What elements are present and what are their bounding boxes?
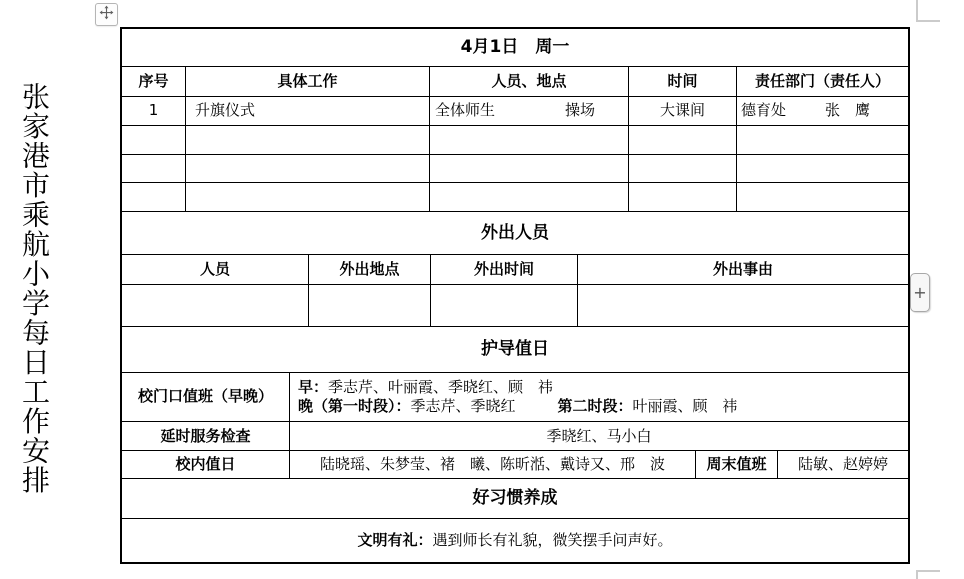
main-header-row: 序号 具体工作 人员、地点 时间 责任部门（责任人） bbox=[122, 66, 908, 96]
habit-content-row: 文明有礼：遇到师长有礼貌，微笑摆手问声好。 bbox=[122, 518, 908, 562]
table-row-empty bbox=[122, 154, 908, 183]
cell-dept-person[interactable]: 德育处 张 鹰 bbox=[736, 97, 908, 125]
gate-evening-names: 季志芹、季晓红 bbox=[411, 397, 516, 415]
cell-no-empty[interactable] bbox=[122, 126, 185, 154]
cell-people-empty[interactable] bbox=[429, 155, 628, 183]
date-title-row: 4月1日 周一 bbox=[122, 29, 908, 66]
cell-dept: 德育处 bbox=[741, 101, 786, 120]
daily-schedule-table: 4月1日 周一 序号 具体工作 人员、地点 时间 责任部门（责任人） 1 升旗仪… bbox=[120, 27, 910, 564]
outing-col-person: 人员 bbox=[122, 255, 308, 284]
col-header-work: 具体工作 bbox=[185, 67, 429, 96]
gate-evening-label: 晚（第一时段）： bbox=[298, 397, 411, 415]
table-row-empty bbox=[122, 125, 908, 154]
document-side-title: 张家港市乘航小学每日工作安排 bbox=[14, 82, 54, 495]
delay-service-row: 延时服务检查 季晓红、马小白 bbox=[122, 421, 908, 451]
gate-second-period-label: 第二时段： bbox=[558, 397, 633, 415]
col-header-dept: 责任部门（责任人） bbox=[736, 67, 908, 96]
outing-col-time: 外出时间 bbox=[430, 255, 577, 284]
outing-section-row: 外出人员 bbox=[122, 211, 908, 254]
delay-service-value[interactable]: 季晓红、马小白 bbox=[289, 422, 908, 451]
col-header-no: 序号 bbox=[122, 67, 185, 96]
cell-people-empty[interactable] bbox=[429, 126, 628, 154]
cell-time-empty[interactable] bbox=[628, 126, 736, 154]
duty-section-row: 护导值日 bbox=[122, 326, 908, 372]
cell-time[interactable]: 大课间 bbox=[628, 97, 736, 125]
outing-cell-reason-empty[interactable] bbox=[577, 285, 908, 326]
cell-no-empty[interactable] bbox=[122, 155, 185, 183]
gate-second-period-names: 叶丽霞、顾 祎 bbox=[633, 397, 738, 415]
cell-people-empty[interactable] bbox=[429, 183, 628, 211]
table-row: 1 升旗仪式 全体师生 操场 大课间 德育处 张 鹰 bbox=[122, 96, 908, 125]
insert-row-plus-button[interactable]: + bbox=[910, 273, 930, 312]
outing-col-place: 外出地点 bbox=[308, 255, 430, 284]
gate-duty-morning-line: 早：季志芹、叶丽霞、季晓红、顾 祎 bbox=[298, 378, 553, 397]
cell-work[interactable]: 升旗仪式 bbox=[185, 97, 429, 125]
cell-person: 张 鹰 bbox=[825, 101, 870, 120]
cell-dept-empty[interactable] bbox=[736, 183, 908, 211]
table-move-handle[interactable] bbox=[95, 3, 118, 26]
outing-cell-person-empty[interactable] bbox=[122, 285, 308, 326]
document-page: 张家港市乘航小学每日工作安排 + 4月1日 周一 序号 具体工作 人员、地点 时… bbox=[0, 0, 964, 579]
date-title[interactable]: 4月1日 周一 bbox=[122, 29, 908, 66]
campus-duty-row: 校内值日 陆晓瑶、朱梦莹、褚 曦、陈昕湉、戴诗又、邢 波 周末值班 陆敏、赵婷婷 bbox=[122, 450, 908, 478]
weekend-duty-names[interactable]: 陆敏、赵婷婷 bbox=[777, 451, 908, 478]
outing-col-reason: 外出事由 bbox=[577, 255, 908, 284]
campus-duty-names[interactable]: 陆晓瑶、朱梦莹、褚 曦、陈昕湉、戴诗又、邢 波 bbox=[289, 451, 695, 478]
cell-dept-empty[interactable] bbox=[736, 126, 908, 154]
cell-work-empty[interactable] bbox=[185, 126, 429, 154]
gate-duty-label: 校门口值班（早晚） bbox=[122, 373, 289, 421]
outing-header-row: 人员 外出地点 外出时间 外出事由 bbox=[122, 254, 908, 284]
cell-no-empty[interactable] bbox=[122, 183, 185, 211]
cell-time-empty[interactable] bbox=[628, 155, 736, 183]
cell-people-place[interactable]: 全体师生 操场 bbox=[429, 97, 628, 125]
outing-row-empty bbox=[122, 284, 908, 326]
col-header-time: 时间 bbox=[628, 67, 736, 96]
outing-cell-place-empty[interactable] bbox=[308, 285, 430, 326]
cell-no[interactable]: 1 bbox=[122, 97, 185, 125]
col-header-people-place: 人员、地点 bbox=[429, 67, 628, 96]
cell-work-empty[interactable] bbox=[185, 183, 429, 211]
gate-duty-row: 校门口值班（早晚） 早：季志芹、叶丽霞、季晓红、顾 祎 晚（第一时段）：季志芹、… bbox=[122, 372, 908, 421]
gate-morning-names: 季志芹、叶丽霞、季晓红、顾 祎 bbox=[328, 378, 553, 396]
cell-work-empty[interactable] bbox=[185, 155, 429, 183]
gate-duty-evening-line: 晚（第一时段）：季志芹、季晓红第二时段：叶丽霞、顾 祎 bbox=[298, 397, 738, 416]
cell-dept-empty[interactable] bbox=[736, 155, 908, 183]
habit-section-row: 好习惯养成 bbox=[122, 478, 908, 518]
habit-prefix: 文明有礼： bbox=[357, 531, 432, 550]
habit-content[interactable]: 文明有礼：遇到师长有礼貌，微笑摆手问声好。 bbox=[122, 519, 908, 562]
habit-section-title: 好习惯养成 bbox=[122, 479, 908, 518]
weekend-duty-label: 周末值班 bbox=[695, 451, 777, 478]
outing-cell-time-empty[interactable] bbox=[430, 285, 577, 326]
plus-icon: + bbox=[913, 283, 926, 302]
delay-service-label: 延时服务检查 bbox=[122, 422, 289, 451]
table-row-empty bbox=[122, 182, 908, 211]
page-corner-mark-bottom-right bbox=[916, 570, 940, 579]
gate-duty-value[interactable]: 早：季志芹、叶丽霞、季晓红、顾 祎 晚（第一时段）：季志芹、季晓红第二时段：叶丽… bbox=[289, 373, 908, 421]
campus-duty-label: 校内值日 bbox=[122, 451, 289, 478]
cell-time-empty[interactable] bbox=[628, 183, 736, 211]
gate-morning-label: 早： bbox=[298, 378, 328, 396]
duty-section-title: 护导值日 bbox=[122, 327, 908, 372]
cell-place: 操场 bbox=[565, 101, 595, 120]
cell-people: 全体师生 bbox=[435, 101, 495, 120]
outing-section-title: 外出人员 bbox=[122, 212, 908, 254]
move-icon bbox=[99, 5, 114, 24]
habit-text: 遇到师长有礼貌，微笑摆手问声好。 bbox=[433, 531, 673, 550]
page-corner-mark-top-right bbox=[916, 0, 940, 22]
